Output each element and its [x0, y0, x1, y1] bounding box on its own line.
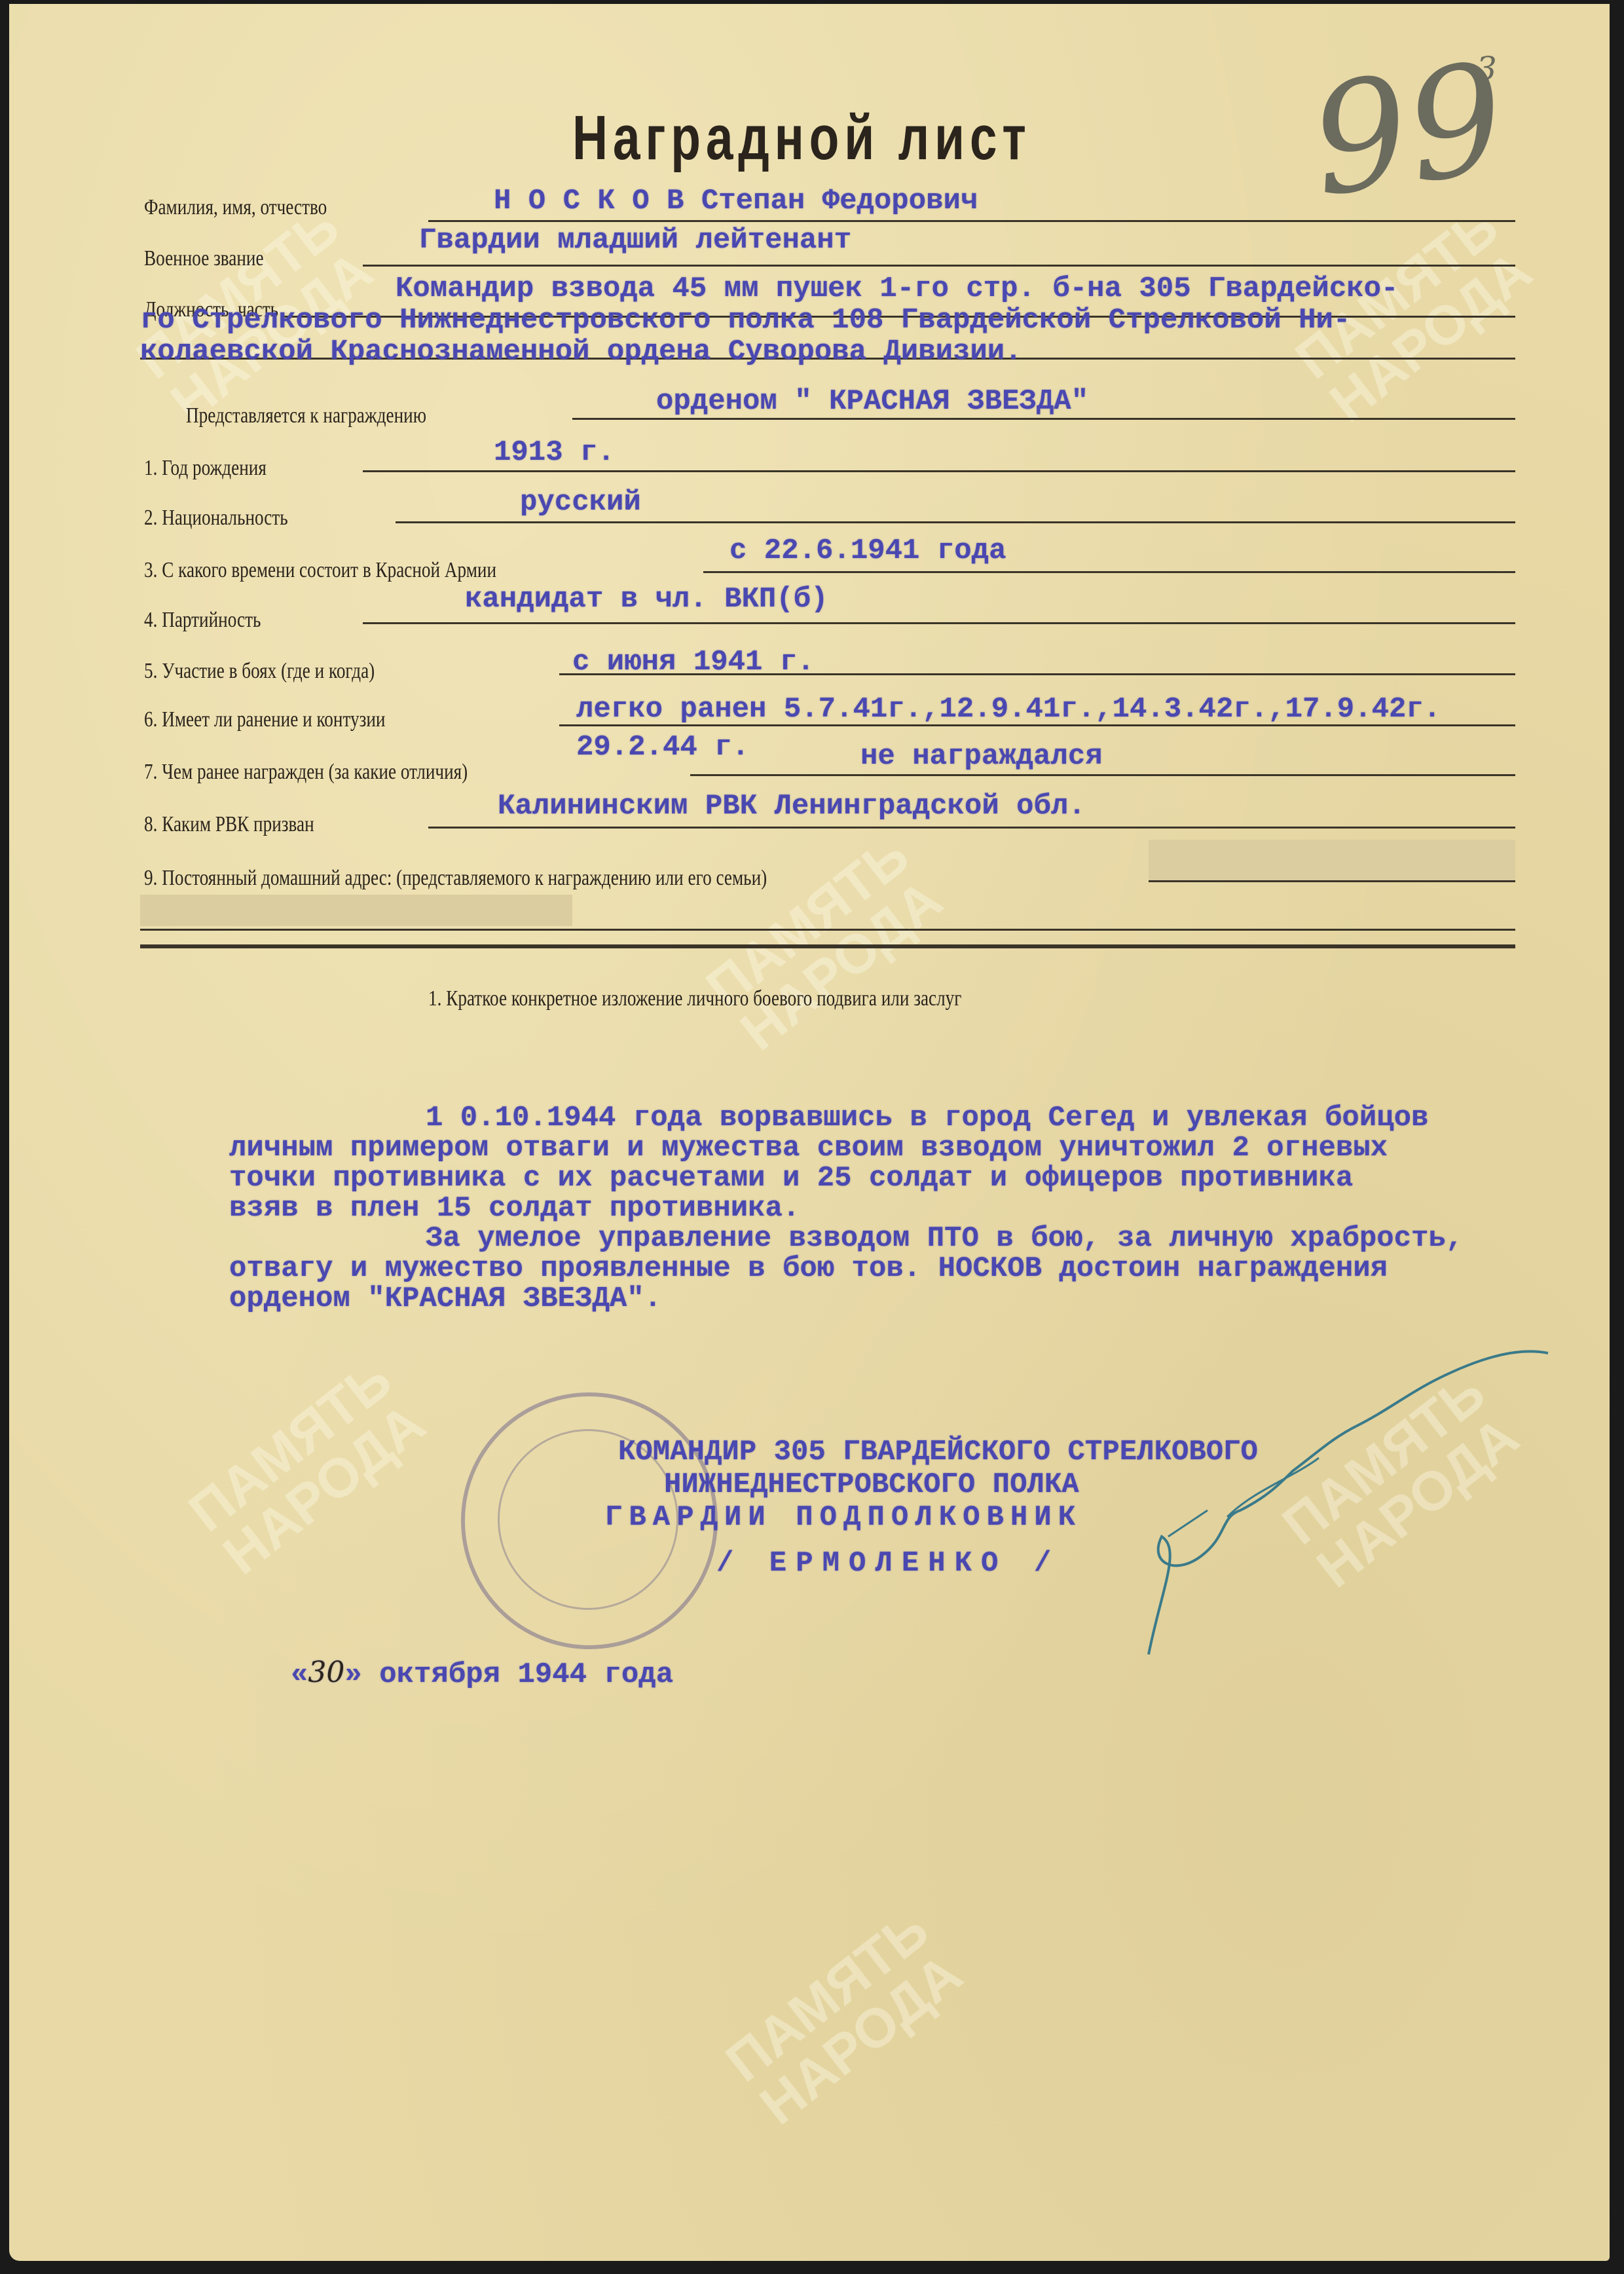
- field-value-wounds: легко ранен 5.7.41г.,12.9.41г.,14.3.42г.…: [576, 693, 1441, 726]
- underline: [572, 418, 1515, 420]
- field-value-army-since: с 22.6.1941 года: [729, 534, 1006, 567]
- underline: [1149, 880, 1515, 882]
- underline: [363, 470, 1515, 472]
- handwritten-signature-icon: [1122, 1340, 1581, 1668]
- field-value-prior-awards: не награждался: [860, 740, 1103, 773]
- underline: [428, 827, 1515, 829]
- field-label-party: 4. Партийность: [144, 608, 261, 633]
- field-value-award: орденом " КРАСНАЯ ЗВЕЗДА": [656, 385, 1088, 418]
- date-line: «30» октября 1944 года: [291, 1656, 673, 1691]
- narrative-line: орденом "КРАСНАЯ ЗВЕЗДА".: [229, 1282, 661, 1315]
- narrative-line: взяв в плен 15 солдат противника.: [229, 1192, 800, 1225]
- date-day: 30: [308, 1656, 344, 1689]
- underline: [363, 622, 1515, 624]
- field-value-position-line1: Командир взвода 45 мм пушек 1-го стр. б-…: [396, 272, 1398, 305]
- field-value-name: Н О С К О В Степан Федорович: [494, 185, 978, 217]
- field-label-rank: Военное звание: [144, 246, 264, 271]
- field-label-prior-awards: 7. Чем ранее награжден (за какие отличия…: [144, 760, 468, 785]
- sheet-number-superscript: 3: [1476, 50, 1497, 88]
- page-title: Наградной лист: [572, 102, 1031, 174]
- underline: [363, 265, 1515, 267]
- signature-title-line2: НИЖНЕДНЕСТРОВСКОГО ПОЛКА: [664, 1468, 1079, 1501]
- signature-rank: ГВАРДИИ ПОДПОЛКОВНИК: [605, 1501, 1082, 1534]
- underline: [428, 220, 1515, 222]
- underline: [703, 571, 1515, 573]
- field-label-name: Фамилия, имя, отчество: [144, 195, 327, 220]
- field-value-position-line2: го Стрелкового Нижнеднестровского полка …: [140, 304, 1350, 337]
- field-label-home-address: 9. Постоянный домашний адрес: (представл…: [144, 866, 767, 891]
- field-value-battles: с июня 1941 г.: [572, 646, 815, 679]
- watermark: ПАМЯТЬНАРОДА: [179, 1351, 435, 1584]
- watermark: ПАМЯТЬНАРОДА: [716, 1901, 972, 2134]
- underline: [690, 774, 1515, 776]
- award-sheet-page: ПАМЯТЬНАРОДА ПАМЯТЬНАРОДА ПАМЯТЬНАРОДА П…: [9, 4, 1610, 2261]
- field-value-rank: Гвардии младший лейтенант: [419, 224, 851, 257]
- narrative-line: точки противника с их расчетами и 25 сол…: [229, 1162, 1353, 1195]
- underline: [396, 521, 1515, 523]
- field-value-draft-office: Калининским РВК Ленинградской обл.: [498, 790, 1086, 823]
- narrative-line: За умелое управление взводом ПТО в бою, …: [426, 1222, 1463, 1255]
- field-label-battles: 5. Участие в боях (где и когда): [144, 659, 375, 684]
- underline: [140, 929, 1515, 931]
- field-label-birth-year: 1. Год рождения: [144, 456, 267, 481]
- field-value-position-line3: колаевской Краснознаменной ордена Суворо…: [140, 335, 1022, 368]
- narrative-line: отвагу и мужество проявленные в бою тов.…: [229, 1252, 1388, 1285]
- redacted-address: [1149, 840, 1515, 880]
- signature-name: / ЕРМОЛЕНКО /: [716, 1547, 1060, 1580]
- field-label-nationality: 2. Национальность: [144, 506, 288, 531]
- narrative-line: личным примером отваги и мужества своим …: [229, 1132, 1388, 1165]
- field-label-draft-office: 8. Каким РВК призван: [144, 812, 314, 837]
- field-label-award: Представляется к награждению: [186, 403, 426, 428]
- redacted-address-line2: [140, 895, 572, 926]
- field-value-wounds-line2: 29.2.44 г.: [576, 731, 749, 764]
- field-label-wounds: 6. Имеет ли ранение и контузии: [144, 707, 385, 732]
- field-value-nationality: русский: [520, 486, 641, 519]
- section-heading: 1. Краткое конкретное изложение личного …: [428, 986, 961, 1011]
- field-value-party: кандидат в чл. ВКП(б): [465, 583, 828, 616]
- section-divider: [140, 944, 1515, 948]
- watermark: ПАМЯТЬНАРОДА: [697, 827, 952, 1060]
- date-month-year: октября 1944 года: [379, 1658, 673, 1691]
- field-value-birth-year: 1913 г.: [494, 436, 615, 469]
- field-label-army-since: 3. С какого времени состоит в Красной Ар…: [144, 558, 496, 583]
- narrative-line: 1 0.10.1944 года ворвавшись в город Сеге…: [426, 1102, 1428, 1134]
